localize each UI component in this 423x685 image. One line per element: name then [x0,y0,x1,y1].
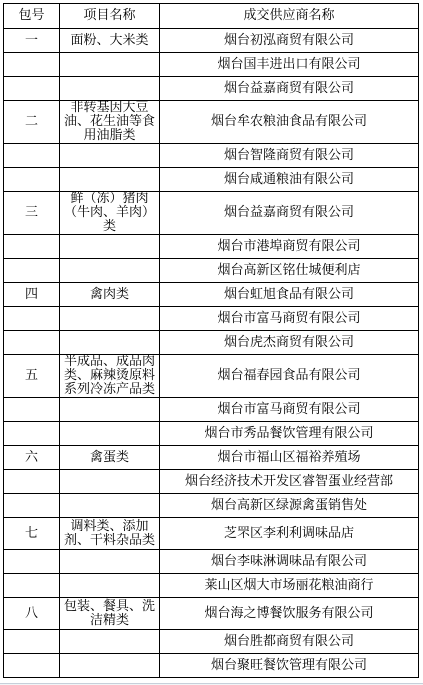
package-no-cell-empty [4,331,60,355]
package-no-cell-empty [4,398,60,422]
table-row: 一 面粉、大米类 烟台初泓商贸有限公司 [4,29,419,53]
table-row: 烟台市富马商贸有限公司 [4,398,419,422]
table-row: 六 禽蛋类 烟台市福山区福裕养殖场 [4,446,419,470]
supplier-cell: 烟台益嘉商贸有限公司 [160,77,419,101]
project-name-cell-empty [60,77,160,101]
table-row: 烟台经济技术开发区睿智蛋业经营部 [4,470,419,494]
award-results-table: 包号 项目名称 成交供应商名称 一 面粉、大米类 烟台初泓商贸有限公司 烟台国丰… [3,3,419,678]
package-no-cell: 七 [4,518,60,550]
project-name-cell-empty [60,235,160,259]
table-row: 烟台智隆商贸有限公司 [4,144,419,168]
package-no-cell: 三 [4,192,60,235]
supplier-cell: 烟台经济技术开发区睿智蛋业经营部 [160,470,419,494]
package-no-cell-empty [4,630,60,654]
project-name-cell-empty [60,331,160,355]
project-name-cell-empty [60,168,160,192]
package-no-cell-empty [4,574,60,598]
package-no-cell: 五 [4,355,60,398]
col-header-supplier-name: 成交供应商名称 [160,4,419,29]
project-name-cell-empty [60,259,160,283]
project-name-cell: 面粉、大米类 [60,29,160,53]
supplier-cell: 烟台李味淋调味品有限公司 [160,550,419,574]
project-name-cell-empty [60,307,160,331]
col-header-package-no: 包号 [4,4,60,29]
package-no-cell: 一 [4,29,60,53]
package-no-cell-empty [4,235,60,259]
supplier-cell: 烟台高新区铭仕城便利店 [160,259,419,283]
supplier-cell: 烟台初泓商贸有限公司 [160,29,419,53]
table-row: 烟台国丰进出口有限公司 [4,53,419,77]
project-name-cell-empty [60,53,160,77]
supplier-cell: 烟台高新区绿源禽蛋销售处 [160,494,419,518]
supplier-cell: 烟台福春园食品有限公司 [160,355,419,398]
supplier-cell: 烟台海之博餐饮服务有限公司 [160,598,419,630]
table-row: 烟台市秀品餐饮管理有限公司 [4,422,419,446]
table-row: 烟台聚旺餐饮管理有限公司 [4,654,419,678]
project-name-cell-empty [60,654,160,678]
supplier-cell: 烟台市富马商贸有限公司 [160,398,419,422]
project-name-cell-empty [60,398,160,422]
package-no-cell-empty [4,77,60,101]
package-no-cell: 四 [4,283,60,307]
table-row: 烟台市富马商贸有限公司 [4,307,419,331]
package-no-cell-empty [4,654,60,678]
table-row: 莱山区烟大市场丽花粮油商行 [4,574,419,598]
document-page: 包号 项目名称 成交供应商名称 一 面粉、大米类 烟台初泓商贸有限公司 烟台国丰… [0,3,423,685]
col-header-project-name: 项目名称 [60,4,160,29]
project-name-cell-empty [60,494,160,518]
package-no-cell: 八 [4,598,60,630]
project-name-cell: 禽肉类 [60,283,160,307]
table-row: 烟台咸通粮油有限公司 [4,168,419,192]
project-name-cell: 鲜（冻）猪肉（牛肉、羊肉）类 [60,192,160,235]
table-row: 八 包装、餐具、洗洁精类 烟台海之博餐饮服务有限公司 [4,598,419,630]
project-name-cell: 半成品、成品肉类、麻辣烫原料系列冷冻产品类 [60,355,160,398]
project-name-cell: 禽蛋类 [60,446,160,470]
table-row: 七 调料类、添加剂、干料杂品类 芝罘区李利利调味品店 [4,518,419,550]
table-row: 烟台高新区绿源禽蛋销售处 [4,494,419,518]
project-name-cell-empty [60,422,160,446]
supplier-cell: 烟台咸通粮油有限公司 [160,168,419,192]
package-no-cell-empty [4,168,60,192]
package-no-cell-empty [4,550,60,574]
package-no-cell-empty [4,259,60,283]
package-no-cell-empty [4,470,60,494]
table-row: 烟台市港埠商贸有限公司 [4,235,419,259]
project-name-cell-empty [60,574,160,598]
supplier-cell: 烟台智隆商贸有限公司 [160,144,419,168]
project-name-cell: 包装、餐具、洗洁精类 [60,598,160,630]
table-row: 三 鲜（冻）猪肉（牛肉、羊肉）类 烟台益嘉商贸有限公司 [4,192,419,235]
supplier-cell: 烟台市福山区福裕养殖场 [160,446,419,470]
table-row: 四 禽肉类 烟台虹旭食品有限公司 [4,283,419,307]
table-row: 烟台高新区铭仕城便利店 [4,259,419,283]
supplier-cell: 烟台市秀品餐饮管理有限公司 [160,422,419,446]
supplier-cell: 烟台胜都商贸有限公司 [160,630,419,654]
supplier-cell: 烟台国丰进出口有限公司 [160,53,419,77]
project-name-cell-empty [60,470,160,494]
table-row: 烟台虎杰商贸有限公司 [4,331,419,355]
supplier-cell: 烟台牟农粮油食品有限公司 [160,101,419,144]
project-name-cell-empty [60,550,160,574]
package-no-cell-empty [4,422,60,446]
supplier-cell: 烟台聚旺餐饮管理有限公司 [160,654,419,678]
project-name-cell-empty [60,144,160,168]
package-no-cell-empty [4,53,60,77]
project-name-cell-empty [60,630,160,654]
project-name-cell: 调料类、添加剂、干料杂品类 [60,518,160,550]
table-row: 烟台李味淋调味品有限公司 [4,550,419,574]
supplier-cell: 烟台虎杰商贸有限公司 [160,331,419,355]
table-row: 烟台胜都商贸有限公司 [4,630,419,654]
package-no-cell-empty [4,494,60,518]
supplier-cell: 莱山区烟大市场丽花粮油商行 [160,574,419,598]
package-no-cell: 二 [4,101,60,144]
table-row: 烟台益嘉商贸有限公司 [4,77,419,101]
supplier-cell: 烟台虹旭食品有限公司 [160,283,419,307]
supplier-cell: 烟台益嘉商贸有限公司 [160,192,419,235]
supplier-cell: 烟台市港埠商贸有限公司 [160,235,419,259]
table-row: 二 非转基因大豆油、花生油等食用油脂类 烟台牟农粮油食品有限公司 [4,101,419,144]
package-no-cell-empty [4,307,60,331]
supplier-cell: 芝罘区李利利调味品店 [160,518,419,550]
supplier-cell: 烟台市富马商贸有限公司 [160,307,419,331]
package-no-cell: 六 [4,446,60,470]
project-name-cell: 非转基因大豆油、花生油等食用油脂类 [60,101,160,144]
table-row: 五 半成品、成品肉类、麻辣烫原料系列冷冻产品类 烟台福春园食品有限公司 [4,355,419,398]
package-no-cell-empty [4,144,60,168]
header-row: 包号 项目名称 成交供应商名称 [4,4,419,29]
